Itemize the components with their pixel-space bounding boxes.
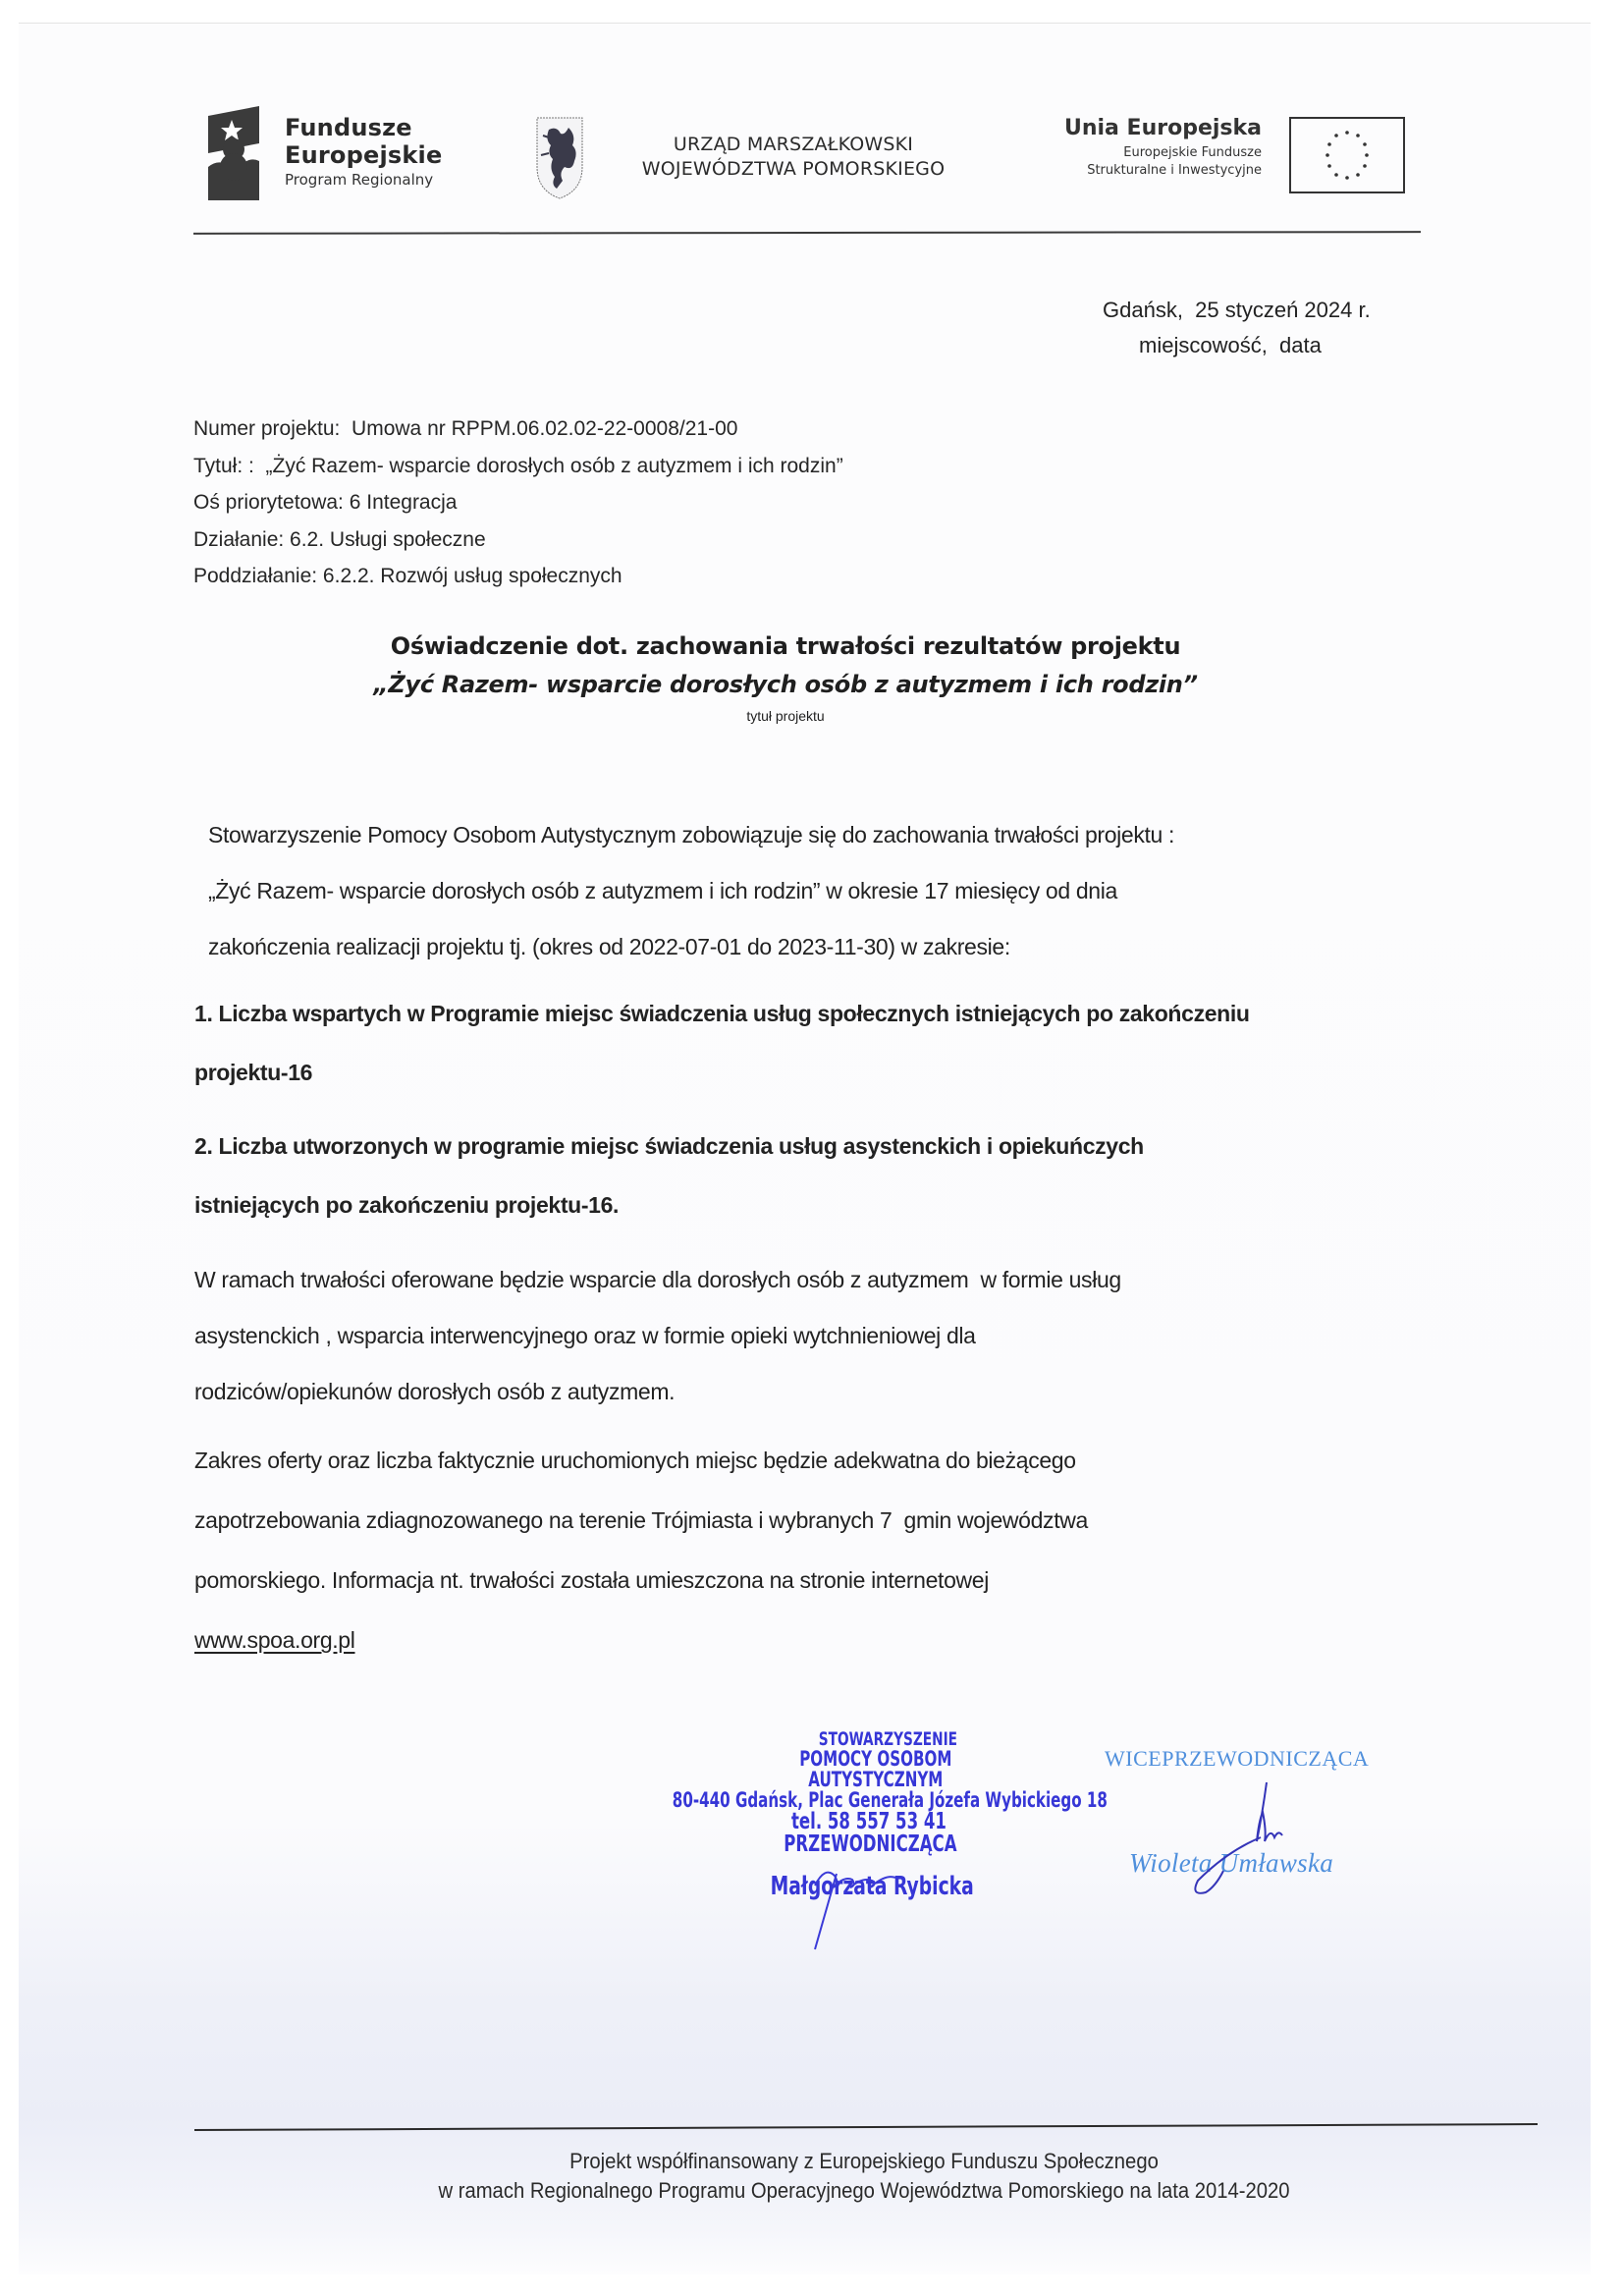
- signature-left-icon: [795, 1846, 933, 1954]
- signature-right-icon: [1168, 1773, 1306, 1900]
- paragraph-line: Stowarzyszenie Pomocy Osobom Autystyczny…: [208, 807, 1485, 863]
- document-title-line2: „Żyć Razem- wsparcie dorosłych osób z au…: [295, 666, 1276, 703]
- marshal-office-name: URZĄD MARSZAŁKOWSKI WOJEWÓDZTWA POMORSKI…: [617, 133, 970, 181]
- eu-flag-icon: [1289, 117, 1405, 193]
- document-title-line1: Oświadczenie dot. zachowania trwałości r…: [295, 627, 1276, 666]
- paragraph-line: Zakres oferty oraz liczba faktycznie uru…: [194, 1431, 1471, 1491]
- paragraph-line: W ramach trwałości oferowane będzie wspa…: [194, 1252, 1471, 1308]
- paragraph-line: zakończenia realizacji projektu tj. (okr…: [208, 919, 1485, 975]
- fe-title-line1: Fundusze: [285, 116, 442, 139]
- date-block: Gdańsk, 25 styczeń 2024 r. miejscowość, …: [1103, 293, 1371, 363]
- paragraph-line: istniejących po zakończeniu projektu-16.: [194, 1175, 1471, 1234]
- paragraph-line: „Żyć Razem- wsparcie dorosłych osób z au…: [208, 863, 1485, 919]
- support-paragraph: W ramach trwałości oferowane będzie wspa…: [194, 1252, 1471, 1420]
- document-title: Oświadczenie dot. zachowania trwałości r…: [295, 627, 1276, 729]
- fe-title-line2: Europejskie: [285, 143, 442, 167]
- fe-subtitle: Program Regionalny: [285, 173, 442, 188]
- project-title: Tytuł: : „Żyć Razem- wsparcie dorosłych …: [193, 448, 843, 485]
- eu-title: Unia Europejska: [1021, 116, 1262, 140]
- footer-note: Projekt współfinansowany z Europejskiego…: [340, 2147, 1387, 2206]
- paragraph-line: 2. Liczba utworzonych w programie miejsc…: [194, 1117, 1471, 1175]
- paragraph-line: asystenckich , wsparcia interwencyjnego …: [194, 1308, 1471, 1364]
- indicator-item-1: 1. Liczba wspartych w Programie miejsc ś…: [194, 984, 1471, 1102]
- scope-paragraph: Zakres oferty oraz liczba faktycznie uru…: [194, 1431, 1471, 1670]
- fundusze-europejskie-wordmark: Fundusze Europejskie Program Regionalny: [285, 116, 442, 188]
- eu-subtitle-line2: Strukturalne i Inwestycyjne: [1021, 162, 1262, 180]
- paragraph-line: zapotrzebowania zdiagnozowanego na teren…: [194, 1491, 1471, 1551]
- project-meta: Numer projektu: Umowa nr RPPM.06.02.02-2…: [193, 410, 843, 595]
- footer-line2: w ramach Regionalnego Programu Operacyjn…: [340, 2176, 1387, 2206]
- action: Działanie: 6.2. Usługi społeczne: [193, 521, 843, 559]
- marshal-office-line2: WOJEWÓDZTWA POMORSKIEGO: [617, 157, 970, 182]
- eu-subtitle-line1: Europejskie Fundusze: [1021, 144, 1262, 162]
- place-and-date: Gdańsk, 25 styczeń 2024 r.: [1103, 293, 1371, 328]
- indicator-item-2: 2. Liczba utworzonych w programie miejsc…: [194, 1117, 1471, 1234]
- paragraph-line: rodziców/opiekunów dorosłych osób z auty…: [194, 1364, 1471, 1420]
- fundusze-europejskie-logo-icon: [208, 106, 259, 200]
- stamp-address: 80-440 Gdańsk, Plac Generała Józefa Wybi…: [673, 1790, 1012, 1811]
- vice-chair-stamp: WICEPRZEWODNICZĄCA: [1105, 1746, 1369, 1772]
- paragraph-line: projektu-16: [194, 1043, 1471, 1102]
- marshal-office-line1: URZĄD MARSZAŁKOWSKI: [617, 133, 970, 157]
- stamp-phone: tel. 58 557 53 41: [727, 1811, 1012, 1833]
- footer-line1: Projekt współfinansowany z Europejskiego…: [340, 2147, 1387, 2176]
- commitment-paragraph: Stowarzyszenie Pomocy Osobom Autystyczny…: [208, 807, 1485, 975]
- stamp-line: POMOCY OSOBOM AUTYSTYCZNYM: [739, 1749, 1011, 1790]
- pomorskie-coat-of-arms-icon: [535, 116, 584, 200]
- document-title-caption: tytuł projektu: [295, 703, 1276, 729]
- website-link[interactable]: www.spoa.org.pl: [194, 1627, 355, 1653]
- eu-wordmark: Unia Europejska Europejskie Fundusze Str…: [1021, 116, 1262, 179]
- sub-action: Poddziałanie: 6.2.2. Rozwój usług społec…: [193, 558, 843, 595]
- paragraph-line: 1. Liczba wspartych w Programie miejsc ś…: [194, 984, 1471, 1043]
- place-date-caption: miejscowość, data: [1103, 328, 1371, 363]
- paragraph-line: pomorskiego. Informacja nt. trwałości zo…: [194, 1551, 1471, 1611]
- priority-axis: Oś priorytetowa: 6 Integracja: [193, 484, 843, 521]
- project-number: Numer projektu: Umowa nr RPPM.06.02.02-2…: [193, 410, 843, 448]
